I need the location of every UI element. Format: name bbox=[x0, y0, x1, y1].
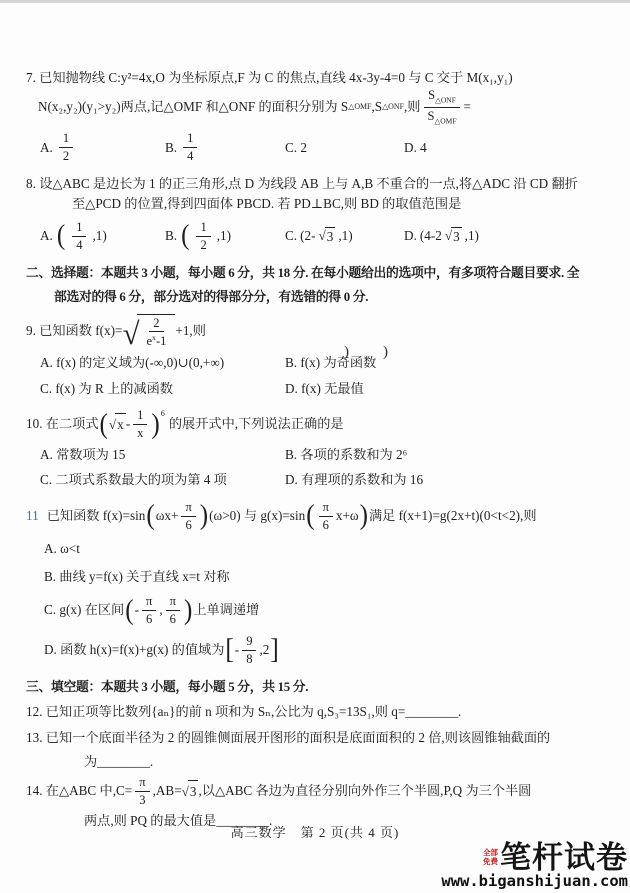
q11-option-d: D. 函数 h(x)=f(x)+g(x) 的值域为 [ - 98 ,2 ] bbox=[26, 634, 618, 667]
option-pre: (2- bbox=[300, 228, 315, 244]
q11-arg1: ωx+ bbox=[156, 506, 179, 526]
equals-sign: = bbox=[464, 97, 471, 117]
q9-lead: 9. 已知函数 f(x)= bbox=[26, 321, 122, 341]
fraction-denominator: S△OMF bbox=[423, 108, 460, 126]
option-rest: ,1) bbox=[465, 228, 479, 244]
section-3-line: 三、填空题：本题共 3 小题，每小题 5 分，共 15 分. bbox=[26, 676, 618, 700]
q12-line: 12. 已知正项等比数列{aₙ}的前 n 项和为 Sₙ,公比为 q,S₃=13S… bbox=[26, 700, 618, 724]
area-ratio-fraction: S△ONF S△OMF bbox=[423, 88, 460, 126]
q7-line2-text: N(x₂,y₂)(y₁>y₂)两点,记△OMF 和△ONF 的面积分别为 S bbox=[38, 97, 348, 117]
watermark-top: 全部免费 笔杆试卷 bbox=[441, 842, 628, 873]
q7-option-b: B. 14 bbox=[165, 131, 285, 164]
sqrt-radical: √3 bbox=[318, 227, 335, 245]
q10-option-b: B. 各项的系数和为 2⁶ bbox=[285, 444, 618, 466]
option-label: A. bbox=[40, 228, 53, 244]
q11-option-a: A. ω<t bbox=[26, 539, 618, 559]
scan-top-edge bbox=[0, 0, 630, 3]
minus-sign: - bbox=[126, 414, 130, 434]
q14-mid: ,AB= bbox=[153, 781, 182, 801]
q10-option-d: D. 有理项的系数和为 16 bbox=[285, 469, 618, 491]
option-pre: (4-2 bbox=[420, 228, 442, 244]
q11-lead: 已知函数 f(x)=sin bbox=[47, 506, 146, 526]
option-rest: ,1) bbox=[92, 228, 106, 244]
pi-third-fraction: π3 bbox=[135, 775, 149, 808]
fraction: 14 bbox=[72, 220, 86, 253]
fraction: 98 bbox=[242, 634, 256, 667]
section-2-line1: 二、选择题：本题共 3 小题，每小题 6 分，共 18 分. 在每小题给出的选项… bbox=[26, 262, 618, 286]
option-label: A. bbox=[40, 140, 53, 156]
option-label: C. bbox=[285, 228, 297, 244]
pi-sixth-fraction: π6 bbox=[166, 594, 180, 627]
option-rest: ,1) bbox=[338, 228, 352, 244]
fraction-denominator: ex-1 bbox=[142, 332, 170, 349]
option-rest: ,1) bbox=[217, 228, 231, 244]
q13-line1: 13. 已知一个底面半径为 2 的圆锥侧面展开图形的面积是底面面积的 2 倍,则… bbox=[26, 726, 618, 750]
sqrt-radical: √3 bbox=[182, 780, 199, 802]
fraction: 2 ex-1 bbox=[142, 316, 170, 350]
question-10: 10. 在二项式 ( √x - 1x )6 的展开式中,下列说法正确的是 A. … bbox=[26, 408, 618, 491]
q11-stem: 11 已知函数 f(x)=sin ( ωx+ π6 ) (ω>0) 与 g(x)… bbox=[26, 500, 618, 533]
q11-arg2: x+ω bbox=[336, 506, 359, 526]
q7-option-d: D. 4 bbox=[404, 140, 618, 156]
q9-options-row1: A. f(x) 的定义域为(-∞,0)∪(0,+∞) B. f(x) 为奇函数 bbox=[26, 352, 618, 374]
q7-line2-text3: ,则 bbox=[404, 97, 420, 117]
q8-option-a: A. ( 14 ,1) bbox=[40, 220, 165, 253]
q14-lead: 14. 在△ABC 中,C= bbox=[26, 781, 132, 801]
q14-line1: 14. 在△ABC 中,C= π3 ,AB= √3 ,以△ABC 各边为直径分别… bbox=[26, 775, 618, 808]
fraction: 12 bbox=[196, 220, 210, 253]
watermark: 全部免费 笔杆试卷 www.biganshijuan.com bbox=[441, 842, 628, 891]
q8-option-c: C. (2- √3 ,1) bbox=[285, 227, 404, 245]
fraction: 12 bbox=[59, 131, 73, 164]
q10-option-c: C. 二项式系数最大的项为第 4 项 bbox=[40, 469, 285, 491]
q11-mid: (ω>0) 与 g(x)=sin bbox=[209, 506, 305, 526]
q9-tail: +1,则 bbox=[175, 321, 206, 341]
question-13: 13. 已知一个底面半径为 2 的圆锥侧面展开图形的面积是底面面积的 2 倍,则… bbox=[26, 726, 618, 774]
q10-option-a: A. 常数项为 15 bbox=[40, 444, 285, 466]
option-rest: ,2 bbox=[259, 640, 269, 660]
subscript-onf: △ONF bbox=[382, 101, 404, 113]
subscript: △OMF bbox=[434, 116, 456, 125]
radicand: 2 ex-1 bbox=[137, 314, 175, 350]
question-11: 11 已知函数 f(x)=sin ( ωx+ π6 ) (ω>0) 与 g(x)… bbox=[26, 500, 618, 667]
subscript-omf: △OMF bbox=[348, 101, 371, 113]
q7-line2: N(x₂,y₂)(y₁>y₂)两点,记△OMF 和△ONF 的面积分别为 S△O… bbox=[26, 88, 618, 126]
option-label: B. bbox=[165, 140, 177, 156]
section-2-header: 二、选择题：本题共 3 小题，每小题 6 分，共 18 分. 在每小题给出的选项… bbox=[26, 262, 618, 309]
q7-option-c: C. 2 bbox=[285, 140, 404, 156]
exam-scan-page: 7. 已知抛物线 C:y²=4x,O 为坐标原点,F 为 C 的焦点,直线 4x… bbox=[0, 0, 630, 893]
q9-option-d: D. f(x) 无最值 bbox=[285, 378, 618, 400]
comma: , bbox=[159, 600, 162, 620]
section-3-header: 三、填空题：本题共 3 小题，每小题 5 分，共 15 分. bbox=[26, 676, 618, 700]
sqrt-radical: √ 2 ex-1 bbox=[122, 314, 175, 350]
q8-line1: 8. 设△ABC 是边长为 1 的正三角形,点 D 为线段 AB 上与 A,B … bbox=[26, 174, 618, 194]
minus-sign: - bbox=[135, 600, 139, 620]
q10-lead: 10. 在二项式 bbox=[26, 414, 99, 434]
scan-artifact: )) bbox=[344, 344, 388, 361]
section-2-line2: 部选对的得 6 分，部分选对的得部分分，有选错的得 0 分. bbox=[26, 286, 618, 310]
sqrt-radical: √x bbox=[109, 413, 126, 435]
fraction: 1x bbox=[133, 408, 147, 441]
option-label: B. bbox=[165, 228, 177, 244]
pi-sixth-fraction: π6 bbox=[319, 500, 333, 533]
q7-line2-text2: ,S bbox=[371, 97, 382, 117]
q10-options-row1: A. 常数项为 15 B. 各项的系数和为 2⁶ bbox=[26, 444, 618, 466]
page-footer: 高三数学 第 2 页(共 4 页) bbox=[0, 822, 630, 841]
q10-stem: 10. 在二项式 ( √x - 1x )6 的展开式中,下列说法正确的是 bbox=[26, 408, 618, 441]
question-12: 12. 已知正项等比数列{aₙ}的前 n 项和为 Sₙ,公比为 q,S₃=13S… bbox=[26, 700, 618, 724]
watermark-free-label: 全部免费 bbox=[483, 849, 500, 866]
subscript: △ONF bbox=[435, 96, 456, 105]
q8-line2: 至△PCD 的位置,得到四面体 PBCD. 若 PD⊥BC,则 BD 的取值范围… bbox=[26, 194, 618, 214]
pi-sixth-fraction: π6 bbox=[142, 594, 156, 627]
exponent: 6 bbox=[161, 408, 165, 421]
q10-tail: 的展开式中,下列说法正确的是 bbox=[169, 414, 344, 434]
q8-options: A. ( 14 ,1) B. ( 12 ,1) C. (2- √3 ,1) bbox=[26, 220, 618, 253]
sqrt-radical: √3 bbox=[445, 227, 462, 245]
q9-option-c: C. f(x) 为 R 上的减函数 bbox=[40, 378, 285, 400]
option-lead: D. 函数 h(x)=f(x)+g(x) 的值域为 bbox=[44, 640, 224, 660]
q11-option-c: C. g(x) 在区间 ( - π6 , π6 ) 上单调递增 bbox=[26, 594, 618, 627]
q10-options-row2: C. 二项式系数最大的项为第 4 项 D. 有理项的系数和为 16 bbox=[26, 469, 618, 491]
q9-options-row2: C. f(x) 为 R 上的减函数 D. f(x) 无最值 bbox=[26, 378, 618, 400]
option-lead: C. g(x) 在区间 bbox=[44, 600, 124, 620]
q14-tail: ,以△ABC 各边为直径分别向外作三个半圆,P,Q 为三个半圆 bbox=[198, 781, 531, 801]
question-7: 7. 已知抛物线 C:y²=4x,O 为坐标原点,F 为 C 的焦点,直线 4x… bbox=[26, 68, 618, 164]
q9-option-a: A. f(x) 的定义域为(-∞,0)∪(0,+∞) bbox=[40, 352, 285, 374]
q9-stem: 9. 已知函数 f(x)= √ 2 ex-1 +1,则 bbox=[26, 314, 618, 350]
q7-options: A. 12 B. 14 C. 2 D. 4 bbox=[26, 131, 618, 164]
question-9: 9. 已知函数 f(x)= √ 2 ex-1 +1,则 )) A. f(x) 的… bbox=[26, 314, 618, 401]
q13-line2: 为________. bbox=[26, 750, 618, 774]
fraction: 14 bbox=[183, 131, 197, 164]
q11-number: 11 bbox=[26, 506, 39, 526]
q8-option-d: D. (4-2 √3 ,1) bbox=[404, 227, 618, 245]
page-content: 7. 已知抛物线 C:y²=4x,O 为坐标原点,F 为 C 的焦点,直线 4x… bbox=[26, 68, 618, 836]
q11-tail: 满足 f(x+1)=g(2x+t)(0<t<2),则 bbox=[369, 506, 537, 526]
q11-option-b: B. 曲线 y=f(x) 关于直线 x=t 对称 bbox=[26, 567, 618, 587]
minus-sign: - bbox=[235, 640, 239, 660]
q7-line1: 7. 已知抛物线 C:y²=4x,O 为坐标原点,F 为 C 的焦点,直线 4x… bbox=[26, 68, 618, 88]
q8-option-b: B. ( 12 ,1) bbox=[165, 220, 285, 253]
fraction-numerator: S△ONF bbox=[424, 88, 460, 107]
option-tail: 上单调递增 bbox=[193, 600, 259, 620]
q9-option-b: B. f(x) 为奇函数 bbox=[285, 352, 618, 374]
watermark-brand: 笔杆试卷 bbox=[500, 842, 628, 873]
question-8: 8. 设△ABC 是边长为 1 的正三角形,点 D 为线段 AB 上与 A,B … bbox=[26, 174, 618, 253]
q7-option-a: A. 12 bbox=[40, 131, 165, 164]
option-label: D. bbox=[404, 228, 417, 244]
watermark-url: www.biganshijuan.com bbox=[441, 873, 628, 891]
pi-sixth-fraction: π6 bbox=[181, 500, 195, 533]
